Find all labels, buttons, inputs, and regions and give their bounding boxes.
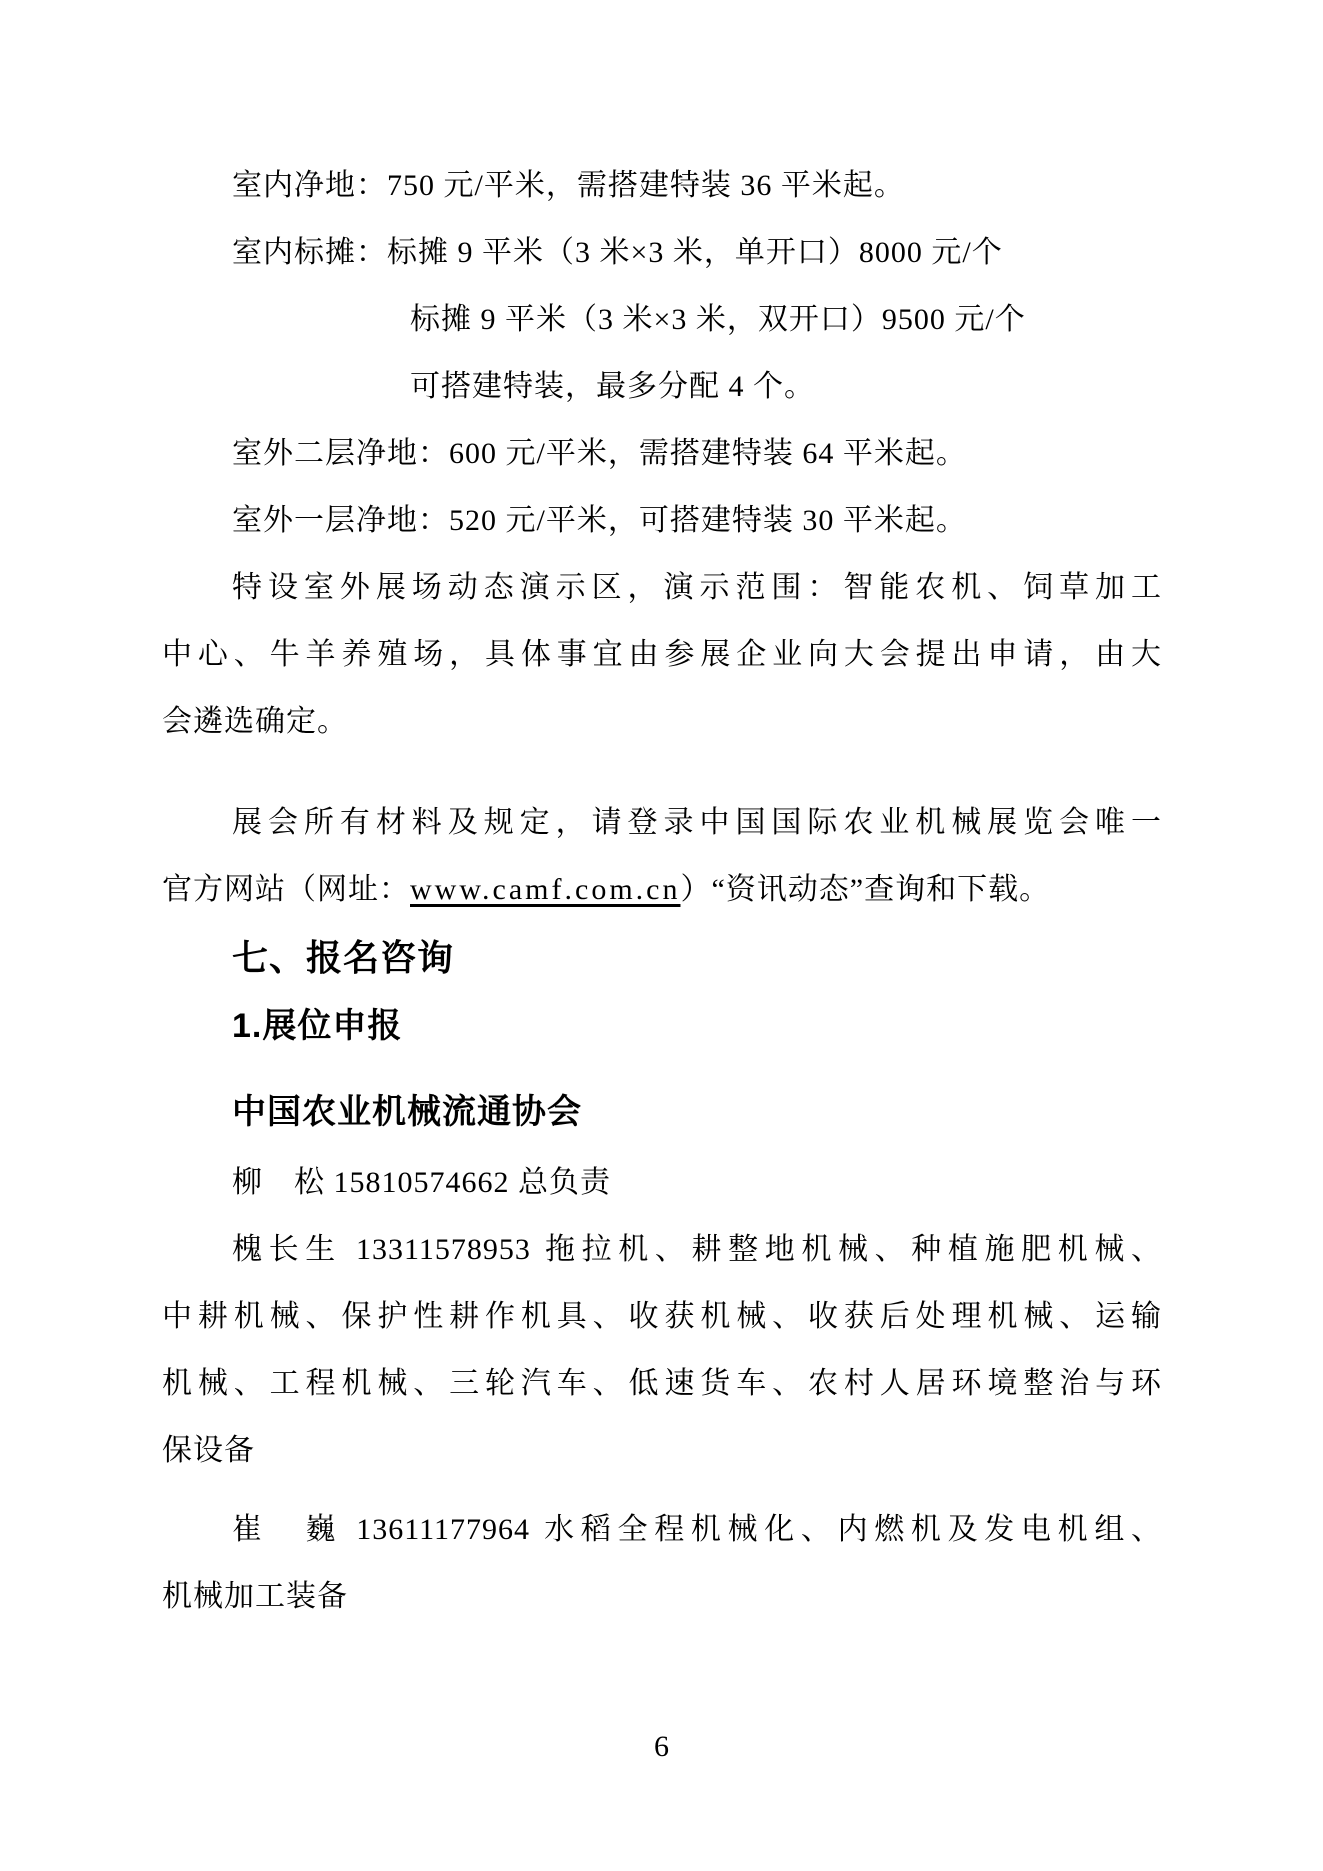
- materials-paragraph-line2: 官方网站（网址：www.camf.com.cn）“资讯动态”查询和下载。: [162, 856, 1162, 923]
- website-link[interactable]: www.camf.com.cn: [410, 873, 680, 906]
- demo-area-paragraph-line3: 会遴选确定。: [162, 688, 1162, 755]
- materials-paragraph-line1: 展会所有材料及规定，请登录中国国际农业机械展览会唯一: [162, 789, 1162, 856]
- contact-cui-wei-line1: 崔 巍 13611177964 水稻全程机械化、内燃机及发电机组、: [162, 1496, 1162, 1563]
- page-number: 6: [0, 1730, 1323, 1764]
- contact-huai-changsheng-line3: 机械、工程机械、三轮汽车、低速货车、农村人居环境整治与环: [162, 1350, 1162, 1417]
- document-page: 室内净地：750 元/平米，需搭建特装 36 平米起。 室内标摊：标摊 9 平米…: [0, 0, 1323, 1871]
- materials-line2-prefix: 官方网站（网址：: [162, 873, 410, 906]
- contact-huai-changsheng-line1: 槐长生 13311578953 拖拉机、耕整地机械、种植施肥机械、: [162, 1216, 1162, 1283]
- pricing-indoor-standard-single: 室内标摊：标摊 9 平米（3 米×3 米，单开口）8000 元/个: [162, 219, 1162, 286]
- page-content: 室内净地：750 元/平米，需搭建特装 36 平米起。 室内标摊：标摊 9 平米…: [162, 152, 1162, 1630]
- section-heading: 七、报名咨询: [162, 923, 1162, 993]
- materials-line2-suffix: ）“资讯动态”查询和下载。: [680, 873, 1050, 906]
- pricing-indoor-standard-note: 可搭建特装，最多分配 4 个。: [162, 353, 1162, 420]
- subsection-heading: 1.展位申报: [162, 993, 1162, 1060]
- organization-name: 中国农业机械流通协会: [162, 1079, 1162, 1146]
- contact-huai-changsheng-line4: 保设备: [162, 1417, 1162, 1484]
- contact-liu-song: 柳 松 15810574662 总负责: [162, 1149, 1162, 1216]
- pricing-outdoor-level2: 室外二层净地：600 元/平米，需搭建特装 64 平米起。: [162, 420, 1162, 487]
- pricing-outdoor-level1: 室外一层净地：520 元/平米，可搭建特装 30 平米起。: [162, 487, 1162, 554]
- pricing-indoor-standard-double: 标摊 9 平米（3 米×3 米，双开口）9500 元/个: [162, 286, 1162, 353]
- demo-area-paragraph-line2: 中心、牛羊养殖场，具体事宜由参展企业向大会提出申请，由大: [162, 621, 1162, 688]
- contact-cui-wei-line2: 机械加工装备: [162, 1563, 1162, 1630]
- demo-area-paragraph-line1: 特设室外展场动态演示区，演示范围：智能农机、饲草加工: [162, 554, 1162, 621]
- contact-huai-changsheng-line2: 中耕机械、保护性耕作机具、收获机械、收获后处理机械、运输: [162, 1283, 1162, 1350]
- pricing-indoor-open-space: 室内净地：750 元/平米，需搭建特装 36 平米起。: [162, 152, 1162, 219]
